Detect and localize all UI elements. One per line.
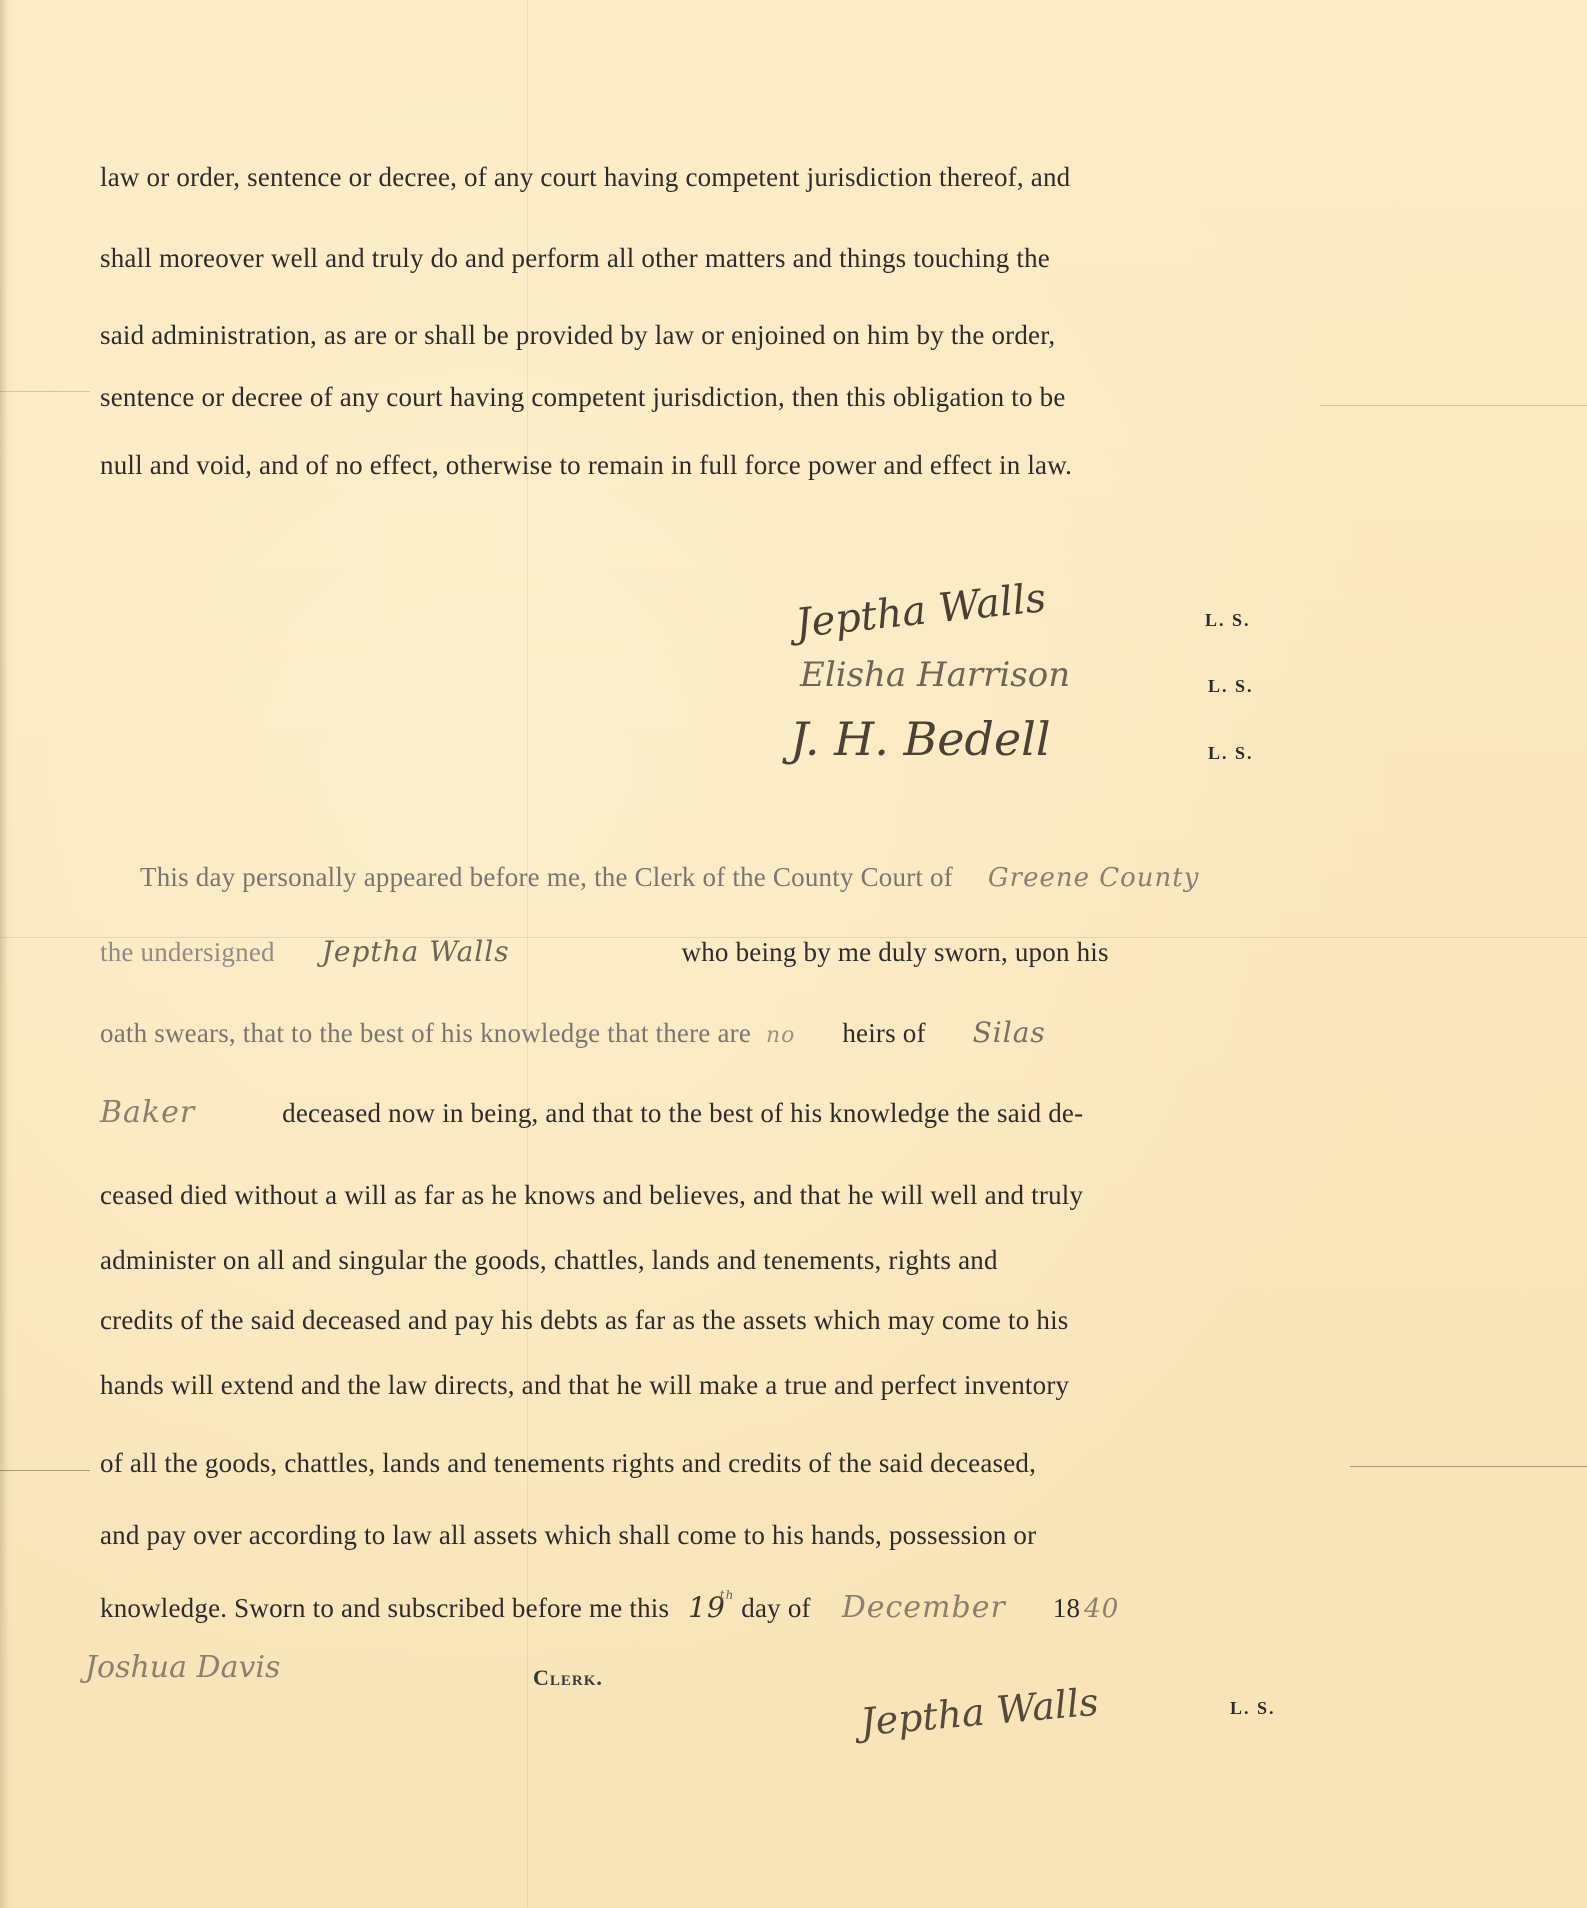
handwritten-decedent-first-name: Silas xyxy=(973,1016,1046,1049)
clerk-title: Clerk. xyxy=(533,1665,603,1691)
signature-jh-bedell: J. H. Bedell xyxy=(790,712,1051,766)
handwritten-year-suffix: 40 xyxy=(1084,1594,1119,1624)
document-page: law or order, sentence or decree, of any… xyxy=(0,0,1587,1908)
handwritten-month: December xyxy=(842,1590,1006,1625)
oath-line: hands will extend and the law directs, a… xyxy=(100,1370,1069,1401)
oath-text: deceased now in being, and that to the b… xyxy=(282,1098,1083,1128)
fold-crease xyxy=(0,391,90,392)
oath-line: ceased died without a will as far as he … xyxy=(100,1180,1083,1211)
oath-line: of all the goods, chattles, lands and te… xyxy=(100,1448,1036,1479)
signature-elisha-harrison: Elisha Harrison xyxy=(800,655,1070,695)
seal-ls: L. S. xyxy=(1205,610,1251,631)
oath-line: credits of the said deceased and pay his… xyxy=(100,1305,1069,1336)
signature-affiant: Jeptha Walls xyxy=(859,1680,1101,1745)
handwritten-heirs-count: no xyxy=(766,1023,795,1048)
signature-jeptha-walls: Jeptha Walls xyxy=(793,575,1048,647)
fold-crease xyxy=(1320,405,1587,406)
sworn-line: knowledge. Sworn to and subscribed befor… xyxy=(100,1590,1119,1625)
oath-text: the undersigned xyxy=(100,937,275,967)
handwritten-decedent-last-name: Baker xyxy=(100,1095,195,1130)
oath-line-3: oath swears, that to the best of his kno… xyxy=(100,1016,1046,1049)
bond-line: sentence or decree of any court having c… xyxy=(100,382,1066,413)
paper-left-edge xyxy=(0,0,8,1908)
year-prefix: 18 xyxy=(1053,1593,1080,1623)
handwritten-day-suffix: th xyxy=(720,1588,735,1602)
seal-ls: L. S. xyxy=(1208,743,1254,764)
bond-line: shall moreover well and truly do and per… xyxy=(100,243,1050,274)
oath-line-2: the undersigned Jeptha Walls who being b… xyxy=(100,935,1109,968)
handwritten-name: Jeptha Walls xyxy=(322,935,510,968)
oath-line: and pay over according to law all assets… xyxy=(100,1520,1036,1551)
bond-line: said administration, as are or shall be … xyxy=(100,320,1055,351)
seal-ls: L. S. xyxy=(1230,1698,1276,1719)
seal-ls: L. S. xyxy=(1208,676,1254,697)
oath-text: day of xyxy=(741,1593,810,1623)
bond-line: null and void, and of no effect, otherwi… xyxy=(100,450,1072,481)
oath-line-1: This day personally appeared before me, … xyxy=(140,862,1199,893)
bond-line: law or order, sentence or decree, of any… xyxy=(100,162,1070,193)
fold-crease xyxy=(1350,1466,1587,1467)
signature-clerk: Joshua Davis xyxy=(85,1650,280,1685)
oath-line-4: Baker deceased now in being, and that to… xyxy=(100,1095,1083,1130)
oath-text: This day personally appeared before me, … xyxy=(140,862,953,892)
oath-text: knowledge. Sworn to and subscribed befor… xyxy=(100,1593,669,1623)
oath-line: administer on all and singular the goods… xyxy=(100,1245,998,1276)
handwritten-county: Greene County xyxy=(988,863,1200,893)
oath-text: heirs of xyxy=(842,1018,925,1048)
oath-text: who being by me duly sworn, upon his xyxy=(682,937,1109,967)
oath-text: oath swears, that to the best of his kno… xyxy=(100,1018,751,1048)
fold-crease xyxy=(0,1470,90,1471)
